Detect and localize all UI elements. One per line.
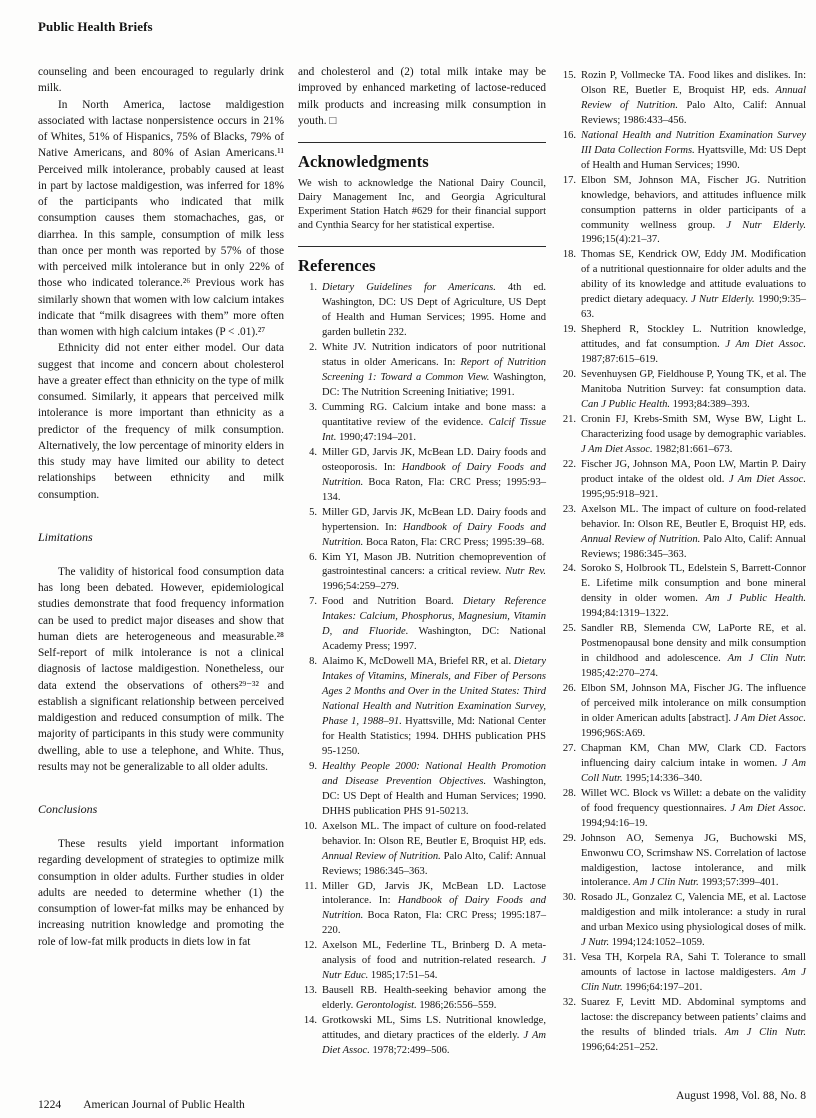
reference-number: 24.: [557, 562, 581, 622]
reference-text: Fischer JG, Johnson MA, Poon LW, Martin …: [581, 458, 806, 503]
reference-text: Axelson ML, Federline TL, Brinberg D. A …: [322, 939, 546, 984]
reference-number: 12.: [298, 939, 322, 984]
reference-item: 25.Sandler RB, Slemenda CW, LaPorte RE, …: [557, 622, 806, 682]
reference-text: Dietary Guidelines for Americans. 4th ed…: [322, 281, 546, 341]
reference-text: Bausell RB. Health-seeking behavior amon…: [322, 984, 546, 1014]
running-head: Public Health Briefs: [38, 19, 153, 35]
reference-number: 9.: [298, 760, 322, 820]
conclusions-paragraphs: These results yield important informatio…: [38, 836, 284, 950]
reference-number: 17.: [557, 174, 581, 249]
journal-name: American Journal of Public Health: [83, 1098, 245, 1111]
reference-number: 27.: [557, 742, 581, 787]
paragraph: The validity of historical food consumpt…: [38, 564, 284, 775]
reference-item: 8.Alaimo K, McDowell MA, Briefel RR, et …: [298, 655, 546, 760]
reference-number: 22.: [557, 458, 581, 503]
footer-left: 1224American Journal of Public Health: [38, 1098, 245, 1111]
reference-number: 16.: [557, 129, 581, 174]
reference-item: 6.Kim YI, Mason JB. Nutrition chemopreve…: [298, 551, 546, 596]
reference-number: 21.: [557, 413, 581, 458]
reference-number: 31.: [557, 951, 581, 996]
column-right: 15.Rozin P, Vollmecke TA. Food likes and…: [557, 64, 806, 1056]
reference-text: Kim YI, Mason JB. Nutrition chemoprevent…: [322, 551, 546, 596]
issue-info: August 1998, Vol. 88, No. 8: [676, 1089, 806, 1102]
reference-text: Cumming RG. Calcium intake and bone mass…: [322, 401, 546, 446]
reference-item: 28.Willet WC. Block vs Willet: a debate …: [557, 787, 806, 832]
reference-text: Sevenhuysen GP, Fieldhouse P, Young TK, …: [581, 368, 806, 413]
reference-item: 20.Sevenhuysen GP, Fieldhouse P, Young T…: [557, 368, 806, 413]
reference-item: 3.Cumming RG. Calcium intake and bone ma…: [298, 401, 546, 446]
page-number: 1224: [38, 1098, 61, 1111]
paragraph: and cholesterol and (2) total milk intak…: [298, 64, 546, 129]
reference-list-15-32: 15.Rozin P, Vollmecke TA. Food likes and…: [557, 69, 806, 1056]
reference-text: Alaimo K, McDowell MA, Briefel RR, et al…: [322, 655, 546, 760]
reference-item: 26.Elbon SM, Johnson MA, Fischer JG. The…: [557, 682, 806, 742]
column-left: counseling and been encouraged to regula…: [38, 64, 284, 950]
paragraph: In North America, lactose maldigestion a…: [38, 97, 284, 341]
reference-text: Miller GD, Jarvis JK, McBean LD. Dairy f…: [322, 446, 546, 506]
reference-text: National Health and Nutrition Examinatio…: [581, 129, 806, 174]
reference-item: 11.Miller GD, Jarvis JK, McBean LD. Lact…: [298, 880, 546, 940]
section-heading-limitations: Limitations: [38, 530, 284, 545]
reference-item: 4.Miller GD, Jarvis JK, McBean LD. Dairy…: [298, 446, 546, 506]
reference-number: 7.: [298, 595, 322, 655]
reference-text: Johnson AO, Semenya JG, Buchowski MS, En…: [581, 832, 806, 892]
reference-item: 30.Rosado JL, Gonzalez C, Valencia ME, e…: [557, 891, 806, 951]
reference-number: 19.: [557, 323, 581, 368]
reference-item: 15.Rozin P, Vollmecke TA. Food likes and…: [557, 69, 806, 129]
reference-number: 5.: [298, 506, 322, 551]
reference-item: 31.Vesa TH, Korpela RA, Sahi T. Toleranc…: [557, 951, 806, 996]
reference-item: 24.Soroko S, Holbrook TL, Edelstein S, B…: [557, 562, 806, 622]
reference-text: Grotkowski ML, Sims LS. Nutritional know…: [322, 1014, 546, 1059]
paragraph: These results yield important informatio…: [38, 836, 284, 950]
reference-number: 10.: [298, 820, 322, 880]
reference-text: Soroko S, Holbrook TL, Edelstein S, Barr…: [581, 562, 806, 622]
reference-text: Axelson ML. The impact of culture on foo…: [581, 503, 806, 563]
section-heading-acknowledgments: Acknowledgments: [298, 152, 546, 172]
reference-number: 1.: [298, 281, 322, 341]
reference-text: Elbon SM, Johnson MA, Fischer JG. The in…: [581, 682, 806, 742]
reference-text: Axelson ML. The impact of culture on foo…: [322, 820, 546, 880]
reference-number: 32.: [557, 996, 581, 1056]
reference-item: 14.Grotkowski ML, Sims LS. Nutritional k…: [298, 1014, 546, 1059]
reference-item: 19.Shepherd R, Stockley L. Nutrition kno…: [557, 323, 806, 368]
reference-text: Healthy People 2000: National Health Pro…: [322, 760, 546, 820]
section-heading-references: References: [298, 256, 546, 276]
reference-number: 15.: [557, 69, 581, 129]
reference-item: 22.Fischer JG, Johnson MA, Poon LW, Mart…: [557, 458, 806, 503]
reference-number: 2.: [298, 341, 322, 401]
reference-text: Thomas SE, Kendrick OW, Eddy JM. Modific…: [581, 248, 806, 323]
reference-item: 2.White JV. Nutrition indicators of poor…: [298, 341, 546, 401]
reference-text: Miller GD, Jarvis JK, McBean LD. Dairy f…: [322, 506, 546, 551]
reference-number: 30.: [557, 891, 581, 951]
reference-number: 20.: [557, 368, 581, 413]
reference-number: 13.: [298, 984, 322, 1014]
reference-text: Chapman KM, Chan MW, Clark CD. Factors i…: [581, 742, 806, 787]
reference-item: 17.Elbon SM, Johnson MA, Fischer JG. Nut…: [557, 174, 806, 249]
reference-text: Rosado JL, Gonzalez C, Valencia ME, et a…: [581, 891, 806, 951]
section-divider: [298, 246, 546, 247]
reference-item: 13.Bausell RB. Health-seeking behavior a…: [298, 984, 546, 1014]
section-heading-conclusions: Conclusions: [38, 802, 284, 817]
reference-item: 9.Healthy People 2000: National Health P…: [298, 760, 546, 820]
reference-item: 21.Cronin FJ, Krebs-Smith SM, Wyse BW, L…: [557, 413, 806, 458]
reference-text: Elbon SM, Johnson MA, Fischer JG. Nutrit…: [581, 174, 806, 249]
reference-number: 11.: [298, 880, 322, 940]
discussion-paragraphs: counseling and been encouraged to regula…: [38, 64, 284, 503]
reference-item: 16.National Health and Nutrition Examina…: [557, 129, 806, 174]
reference-text: Suarez F, Levitt MD. Abdominal symptoms …: [581, 996, 806, 1056]
reference-item: 5.Miller GD, Jarvis JK, McBean LD. Dairy…: [298, 506, 546, 551]
reference-item: 7.Food and Nutrition Board. Dietary Refe…: [298, 595, 546, 655]
reference-item: 12.Axelson ML, Federline TL, Brinberg D.…: [298, 939, 546, 984]
reference-number: 6.: [298, 551, 322, 596]
acknowledgments-text: We wish to acknowledge the National Dair…: [298, 177, 546, 233]
reference-number: 18.: [557, 248, 581, 323]
reference-number: 23.: [557, 503, 581, 563]
reference-item: 27.Chapman KM, Chan MW, Clark CD. Factor…: [557, 742, 806, 787]
limitations-paragraphs: The validity of historical food consumpt…: [38, 564, 284, 775]
reference-number: 29.: [557, 832, 581, 892]
reference-item: 23.Axelson ML. The impact of culture on …: [557, 503, 806, 563]
reference-item: 1.Dietary Guidelines for Americans. 4th …: [298, 281, 546, 341]
reference-number: 28.: [557, 787, 581, 832]
reference-item: 29.Johnson AO, Semenya JG, Buchowski MS,…: [557, 832, 806, 892]
reference-text: Cronin FJ, Krebs-Smith SM, Wyse BW, Ligh…: [581, 413, 806, 458]
reference-list-1-14: 1.Dietary Guidelines for Americans. 4th …: [298, 281, 546, 1059]
reference-text: Sandler RB, Slemenda CW, LaPorte RE, et …: [581, 622, 806, 682]
reference-text: Food and Nutrition Board. Dietary Refere…: [322, 595, 546, 655]
column-middle: and cholesterol and (2) total milk intak…: [298, 64, 546, 1059]
reference-number: 26.: [557, 682, 581, 742]
reference-text: Rozin P, Vollmecke TA. Food likes and di…: [581, 69, 806, 129]
reference-text: Miller GD, Jarvis JK, McBean LD. Lactose…: [322, 880, 546, 940]
reference-number: 8.: [298, 655, 322, 760]
conclusions-closing-paragraphs: and cholesterol and (2) total milk intak…: [298, 64, 546, 129]
reference-item: 10.Axelson ML. The impact of culture on …: [298, 820, 546, 880]
reference-number: 25.: [557, 622, 581, 682]
section-divider: [298, 142, 546, 143]
reference-number: 3.: [298, 401, 322, 446]
reference-item: 32.Suarez F, Levitt MD. Abdominal sympto…: [557, 996, 806, 1056]
reference-text: Willet WC. Block vs Willet: a debate on …: [581, 787, 806, 832]
reference-item: 18.Thomas SE, Kendrick OW, Eddy JM. Modi…: [557, 248, 806, 323]
reference-number: 14.: [298, 1014, 322, 1059]
paragraph: Ethnicity did not enter either model. Ou…: [38, 340, 284, 503]
reference-number: 4.: [298, 446, 322, 506]
reference-text: Shepherd R, Stockley L. Nutrition knowle…: [581, 323, 806, 368]
reference-text: White JV. Nutrition indicators of poor n…: [322, 341, 546, 401]
paragraph: counseling and been encouraged to regula…: [38, 64, 284, 97]
reference-text: Vesa TH, Korpela RA, Sahi T. Tolerance t…: [581, 951, 806, 996]
